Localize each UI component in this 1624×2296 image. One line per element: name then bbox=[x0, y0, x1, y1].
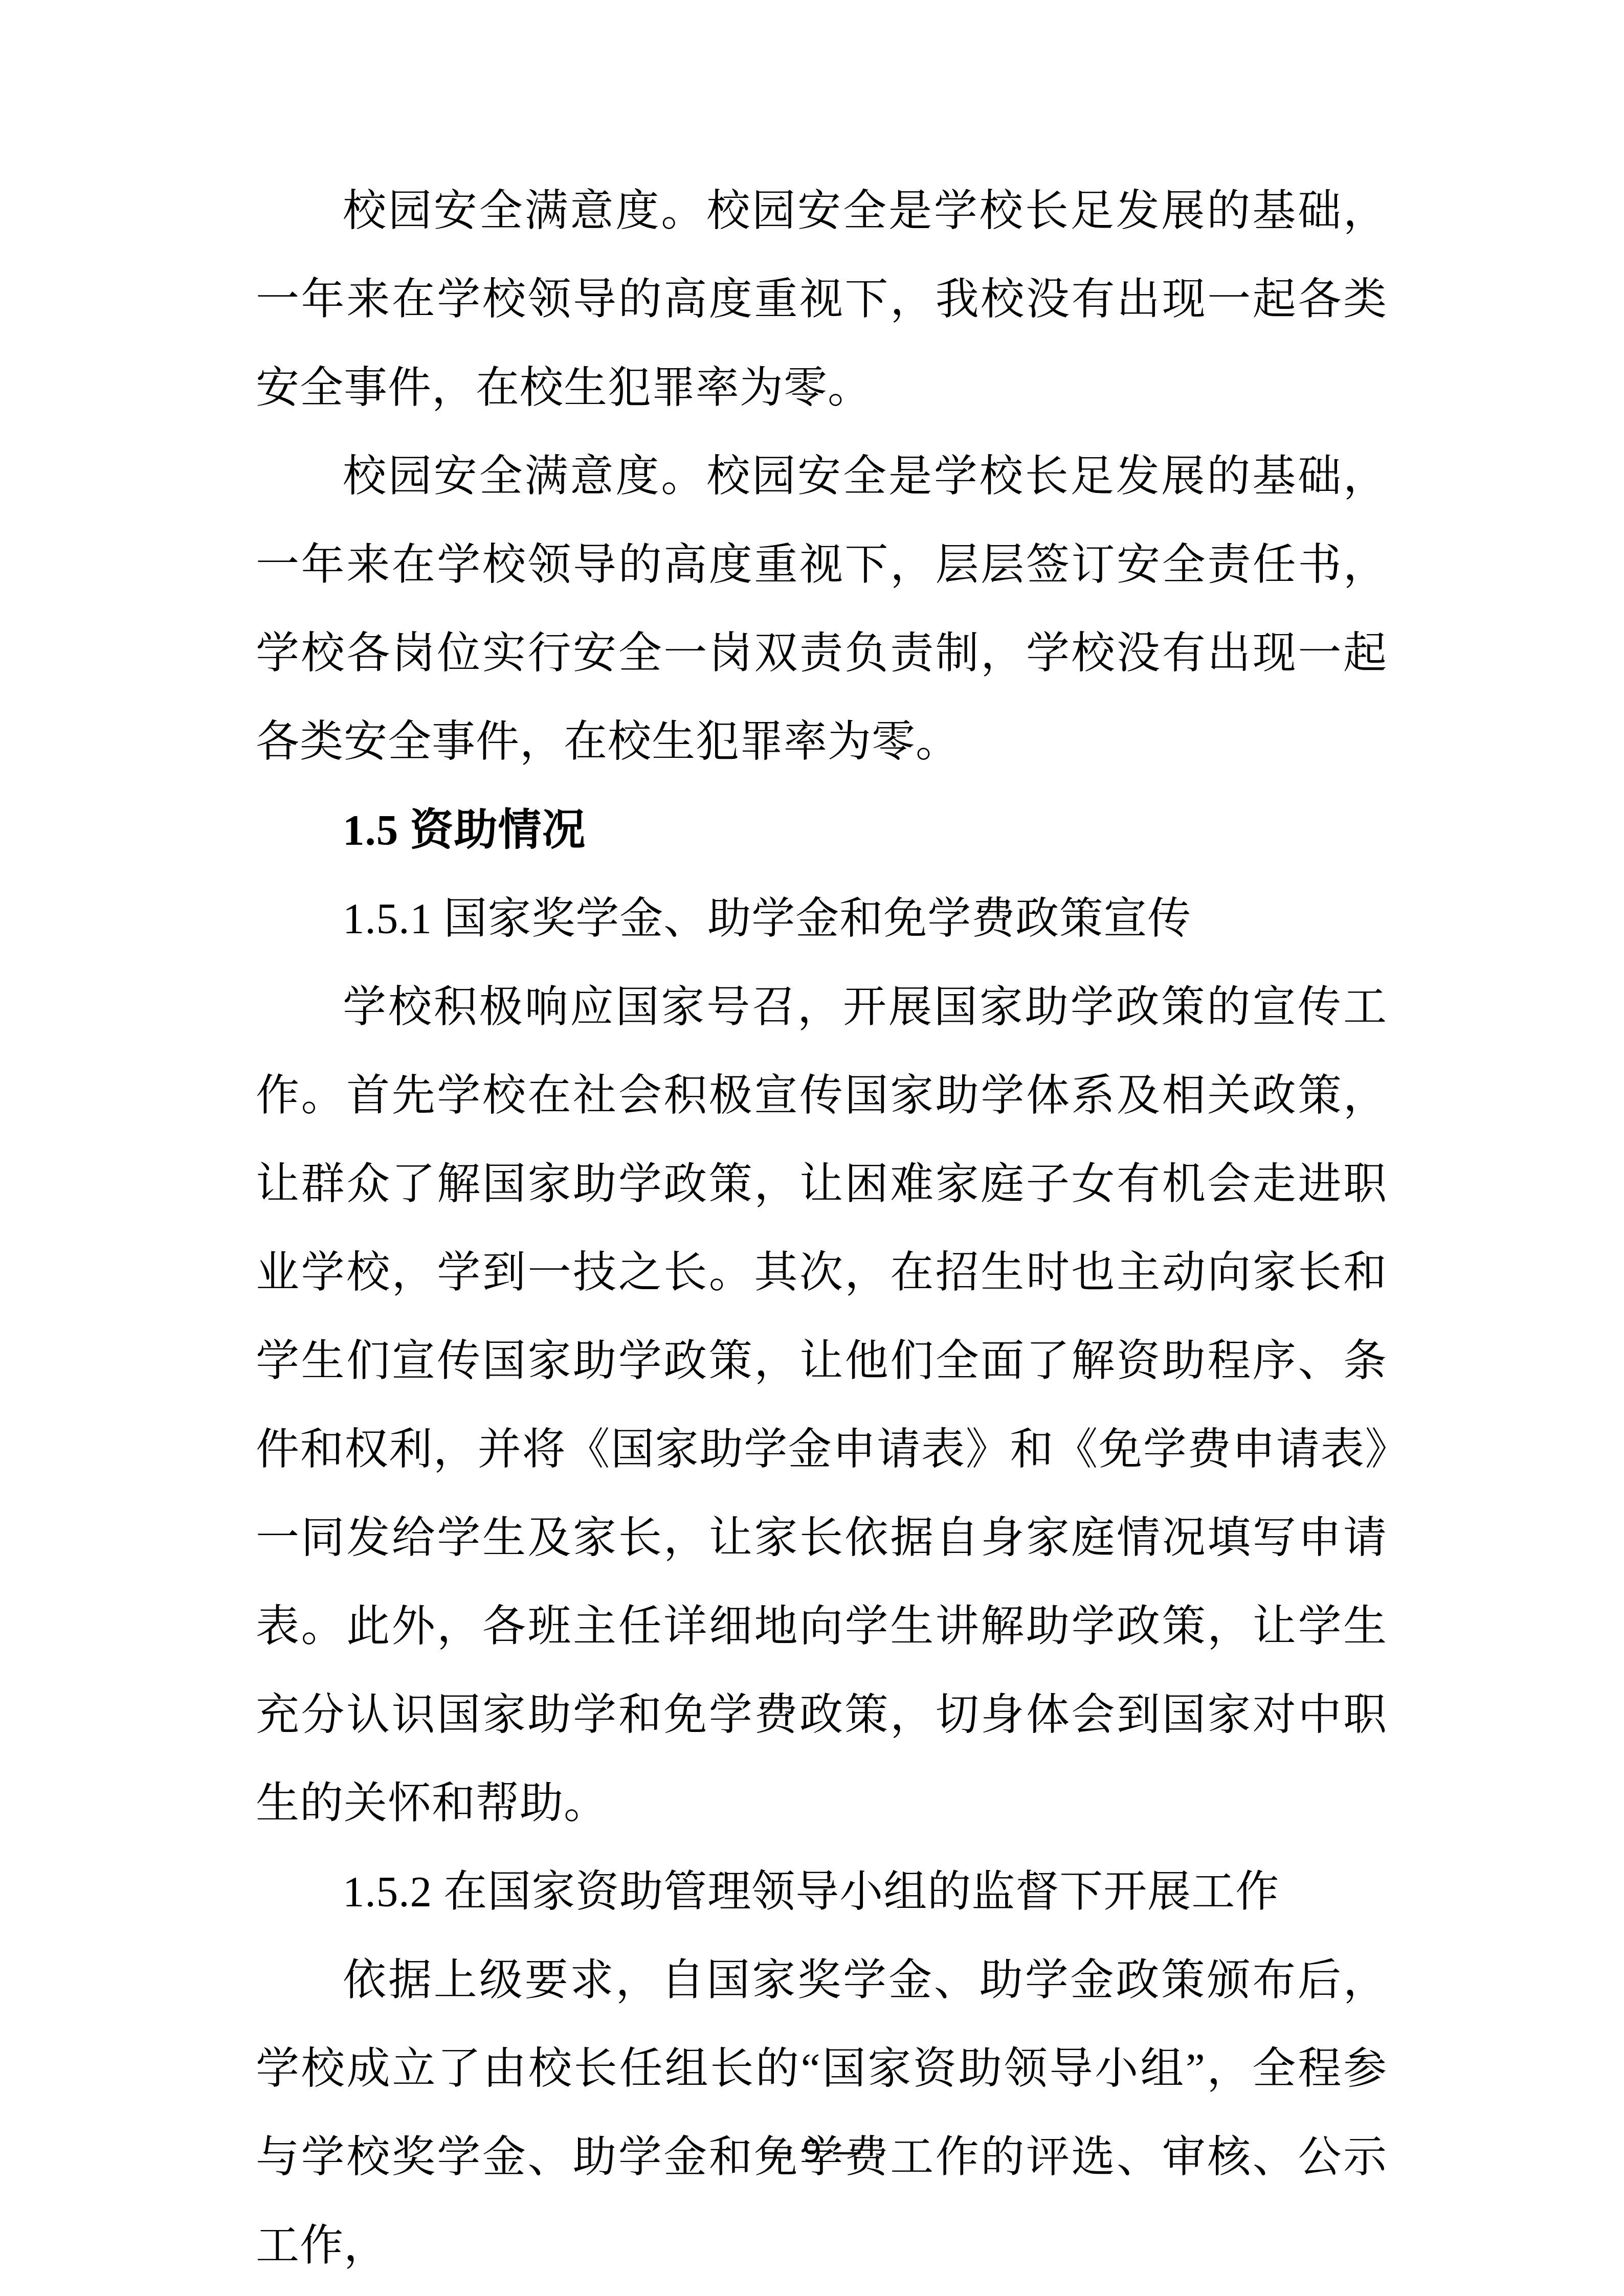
paragraph-policy-promotion-detail: 学校积极响应国家号召，开展国家助学政策的宣传工作。首先学校在社会积极宣传国家助学… bbox=[256, 963, 1387, 1848]
paragraph-campus-safety-1: 校园安全满意度。校园安全是学校长足发展的基础，一年来在学校领导的高度重视下，我校… bbox=[256, 167, 1387, 433]
section-heading-1-5-1-policy-promotion: 1.5.1 国家奖学金、助学金和免学费政策宣传 bbox=[256, 875, 1387, 963]
section-heading-1-5-funding-overview: 1.5 资助情况 bbox=[256, 786, 1387, 875]
page-number: — 9 — bbox=[0, 2131, 1624, 2172]
document-body: 校园安全满意度。校园安全是学校长足发展的基础，一年来在学校领导的高度重视下，我校… bbox=[256, 167, 1387, 2290]
paragraph-supervision-group-detail: 依据上级要求，自国家奖学金、助学金政策颁布后，学校成立了由校长任组长的“国家资助… bbox=[256, 1937, 1387, 2290]
section-heading-1-5-2-supervision-group: 1.5.2 在国家资助管理领导小组的监督下开展工作 bbox=[256, 1848, 1387, 1937]
paragraph-campus-safety-2: 校园安全满意度。校园安全是学校长足发展的基础，一年来在学校领导的高度重视下，层层… bbox=[256, 433, 1387, 786]
document-page: 校园安全满意度。校园安全是学校长足发展的基础，一年来在学校领导的高度重视下，我校… bbox=[0, 0, 1624, 2296]
